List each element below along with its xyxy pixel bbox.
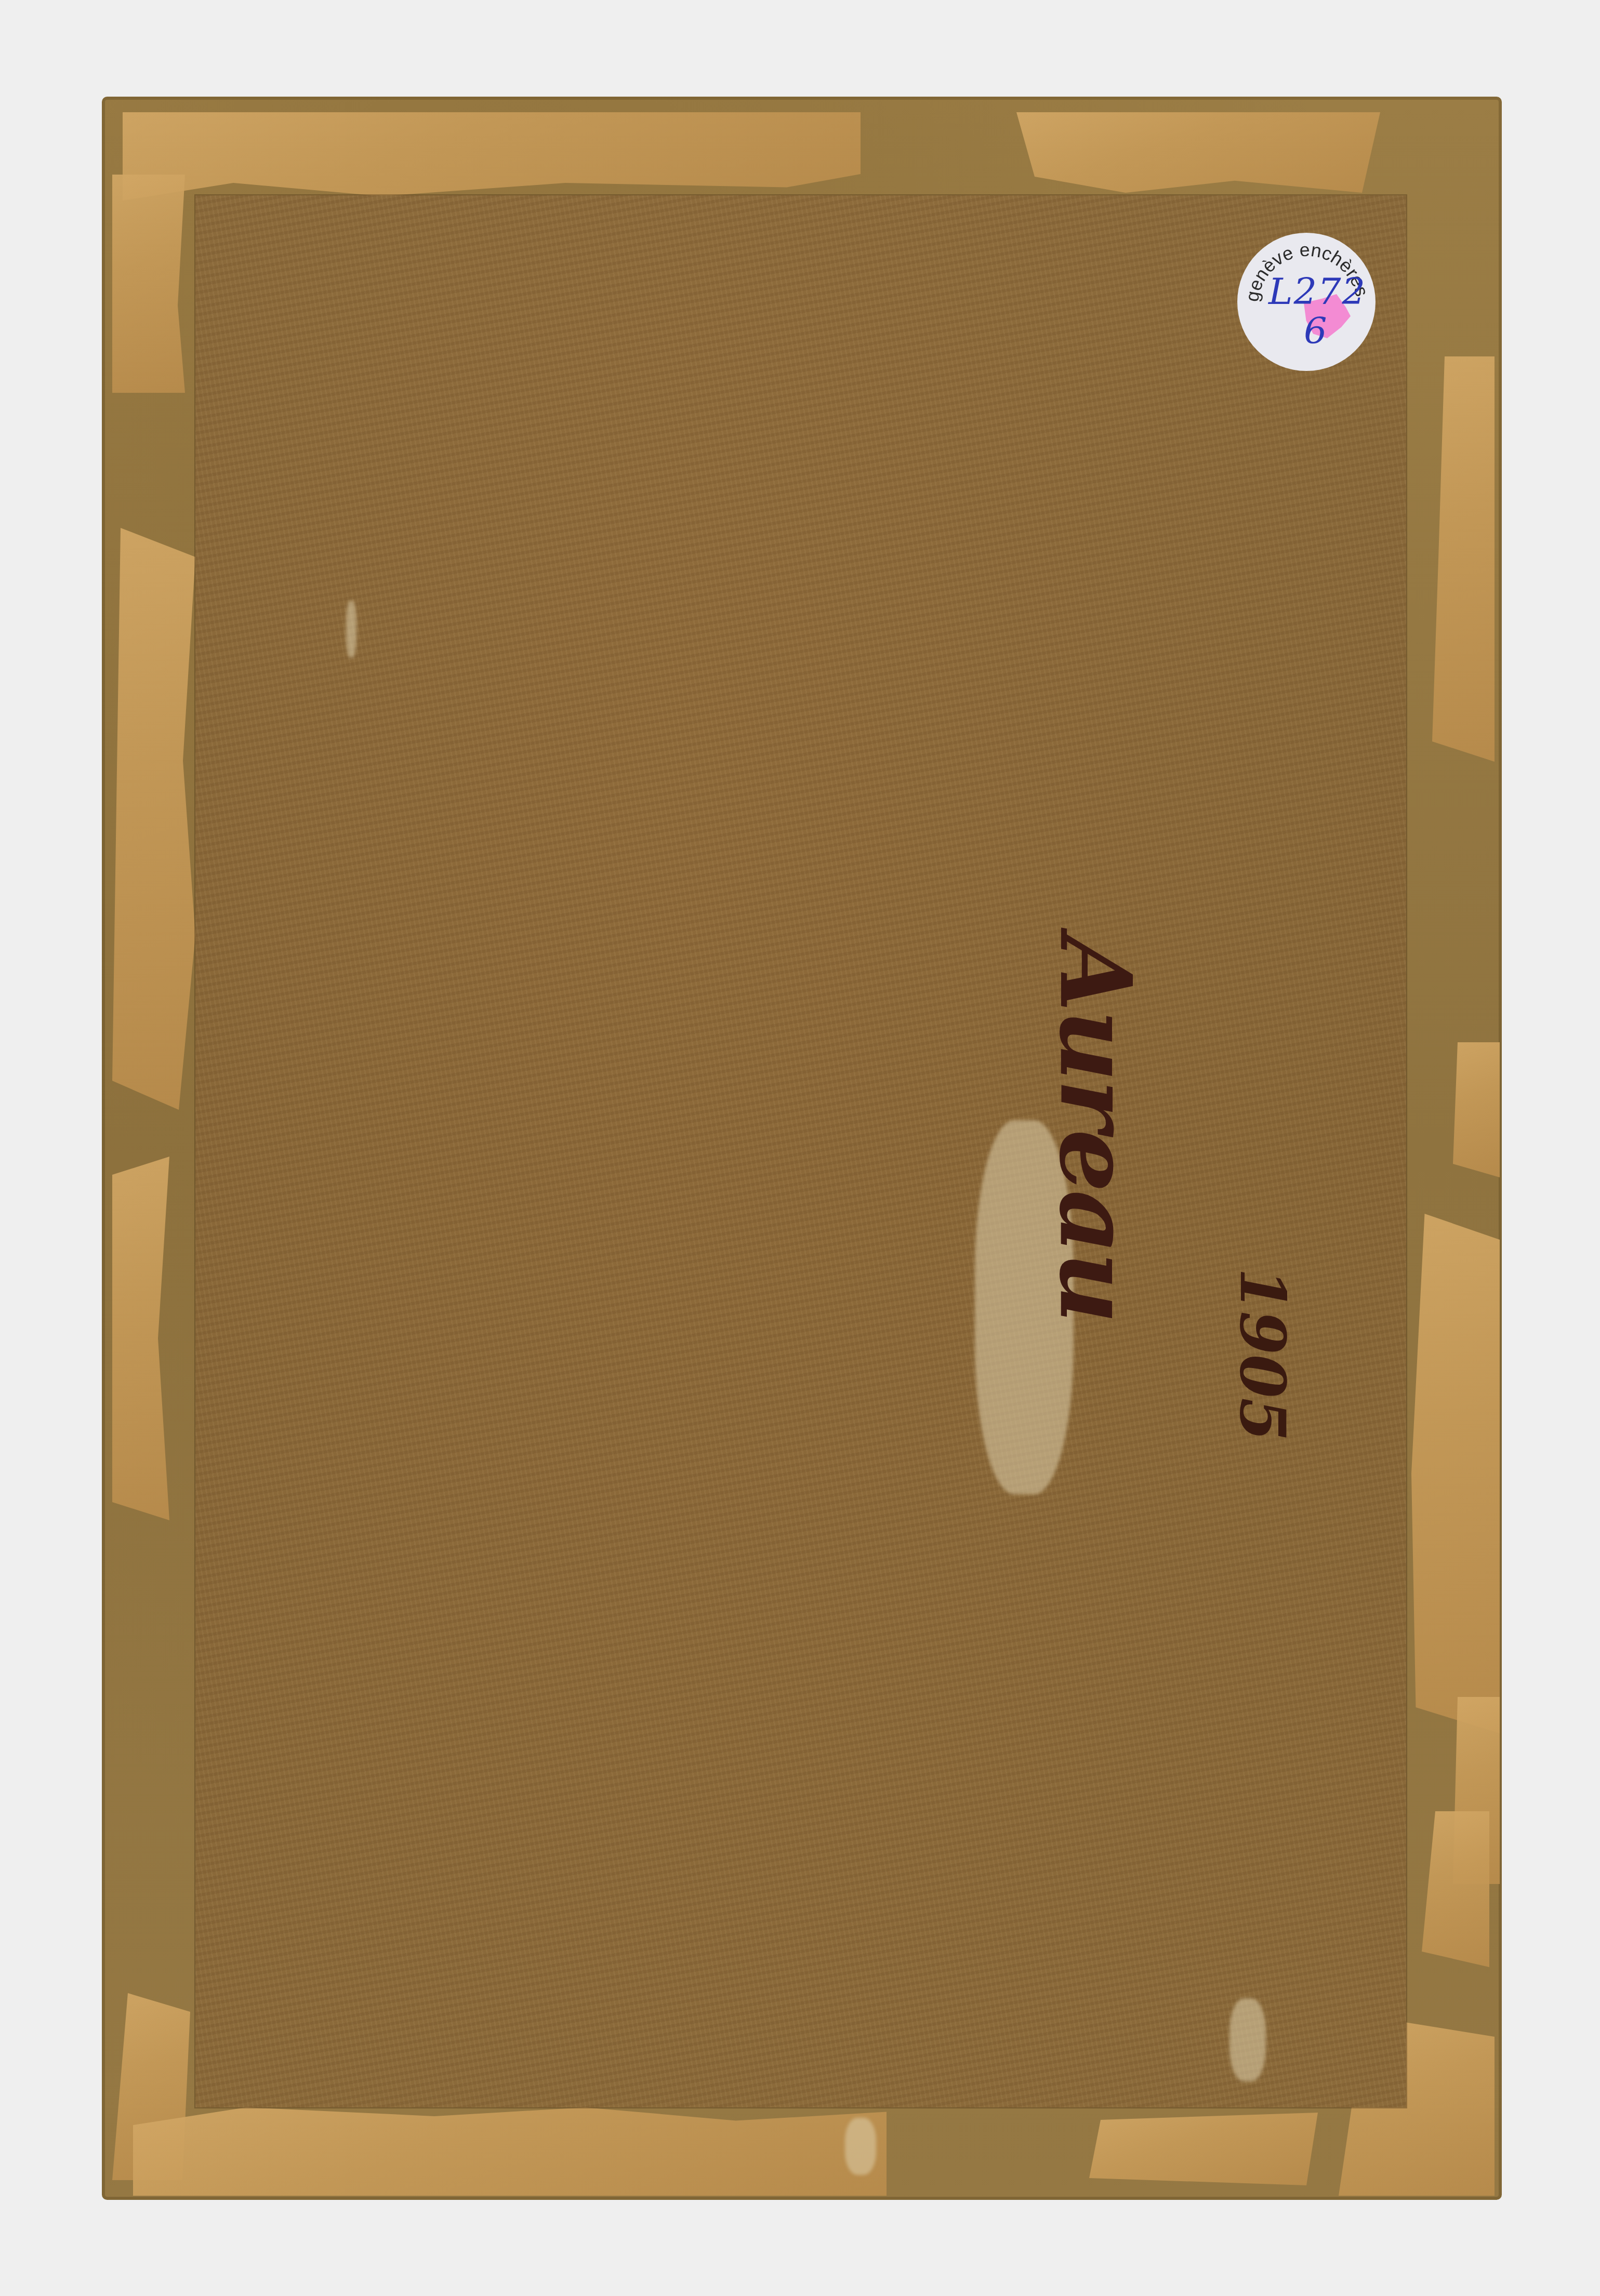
paper-tape-top-right	[1016, 112, 1380, 193]
paper-tape-right-3	[1411, 1214, 1500, 1733]
paper-tape-bottom-left	[133, 2107, 887, 2196]
paper-tape-left-1	[112, 175, 185, 393]
handwritten-year: 1905	[1226, 1268, 1299, 1441]
paper-tape-bottom-middle	[1089, 2113, 1318, 2185]
paper-tape-right-5	[1422, 1811, 1489, 1967]
lot-sub-number: 6	[1304, 310, 1327, 352]
paint-scuff-mark	[1229, 1998, 1266, 2081]
paper-tape-right-1	[1432, 356, 1495, 762]
paint-scuff-mark	[845, 2118, 876, 2175]
canvas-panel	[195, 195, 1406, 2107]
paint-scuff-mark	[346, 601, 356, 658]
paper-tape-right-2	[1453, 1042, 1500, 1177]
auction-lot-sticker: genève enchères L272 6	[1237, 233, 1376, 371]
paper-tape-top-left	[123, 112, 861, 201]
paper-tape-left-2	[112, 528, 195, 1110]
lot-number: L272	[1268, 270, 1366, 313]
paper-tape-left-3	[112, 1157, 169, 1520]
handwritten-signature: Aureau	[1038, 935, 1154, 1322]
board-back	[102, 97, 1502, 2200]
